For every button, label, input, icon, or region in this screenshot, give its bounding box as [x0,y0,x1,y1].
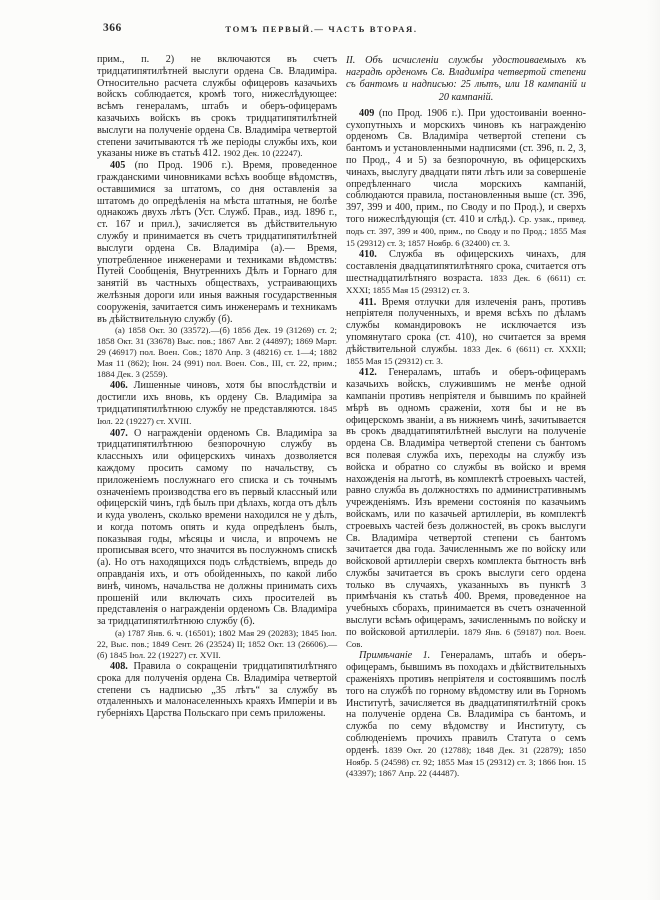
body-text: Лишенные чиновъ, хотя бы впослѣдствіи и … [97,380,337,415]
body-text: (по Прод. 1906 г.). Время, проведенное г… [97,160,337,324]
right-column: II. Объ исчисленіи службы удостоиваемыхъ… [346,54,586,780]
note-1: Примѣчаніе 1. Генераламъ, штабъ и оберъ-… [346,650,586,780]
citation-text: 1902 Дек. 10 (22247). [223,148,303,158]
article-412: 412. Генераламъ, штабъ и оберъ-офицерамъ… [346,367,586,650]
paragraph-continuation: прим., п. 2) не включаются въ счетъ трид… [97,54,337,160]
article-number: 407. [110,428,128,439]
article-405: 405 (по Прод. 1906 г.). Время, проведенн… [97,160,337,325]
article-405-citation: (а) 1858 Окт. 30 (33572).—(б) 1856 Дек. … [97,325,337,380]
section-heading-II: II. Объ исчисленіи службы удостоиваемыхъ… [346,55,586,104]
article-number: 409 [359,108,374,119]
article-408: 408. Правила о сокращеніи тридцатипятилѣ… [97,661,337,720]
body-text: II. Объ исчисленіи службы удостоиваемыхъ… [346,55,586,103]
article-number: 405 [110,160,125,171]
running-head: 366 ТОМЪ ПЕРВЫЙ.— ЧАСТЬ ВТОРАЯ. [97,22,586,38]
article-406: 406. Лишенные чиновъ, хотя бы впослѣдств… [97,380,337,427]
running-header-title: ТОМЪ ПЕРВЫЙ.— ЧАСТЬ ВТОРАЯ. [97,24,546,34]
body-text: (по Прод. 1906 г.). При удостоиваніи вое… [346,108,586,225]
body-text: Правила о сокращеніи тридцатипятилѣтняго… [97,661,337,719]
article-number: 408. [110,661,128,672]
article-409: 409 (по Прод. 1906 г.). При удостоиваніи… [346,108,586,250]
body-text: (а) 1787 Янв. 6. ч. (16501); 1802 Мая 29… [97,628,337,660]
body-text: прим., п. 2) не включаются въ счетъ трид… [97,54,337,159]
note-label: Примѣчаніе 1. [359,650,430,661]
article-number: 406. [110,380,128,391]
body-text: Генераламъ, штабъ и оберъ-офицерамъ, быв… [346,650,586,755]
article-number: 410. [359,249,377,260]
body-text: Генераламъ, штабъ и оберъ-офицерамъ каза… [346,367,586,638]
article-410: 410. Служба въ офицерскихъ чинахъ, для с… [346,249,586,296]
article-407-citation: (а) 1787 Янв. 6. ч. (16501); 1802 Мая 29… [97,628,337,661]
left-column: прим., п. 2) не включаются въ счетъ трид… [97,54,337,780]
article-number: 411. [359,297,376,308]
article-411: 411. Время отлучки для излеченія ранъ, п… [346,297,586,368]
article-407: 407. О награжденіи орденомъ Св. Владимір… [97,428,337,629]
body-text: (а) 1858 Окт. 30 (33572).—(б) 1856 Дек. … [97,325,337,379]
article-number: 412. [359,367,377,378]
book-page: 366 ТОМЪ ПЕРВЫЙ.— ЧАСТЬ ВТОРАЯ. прим., п… [0,0,660,900]
text-columns: прим., п. 2) не включаются въ счетъ трид… [97,54,586,780]
body-text: О награжденіи орденомъ Св. Владиміра за … [97,428,337,628]
